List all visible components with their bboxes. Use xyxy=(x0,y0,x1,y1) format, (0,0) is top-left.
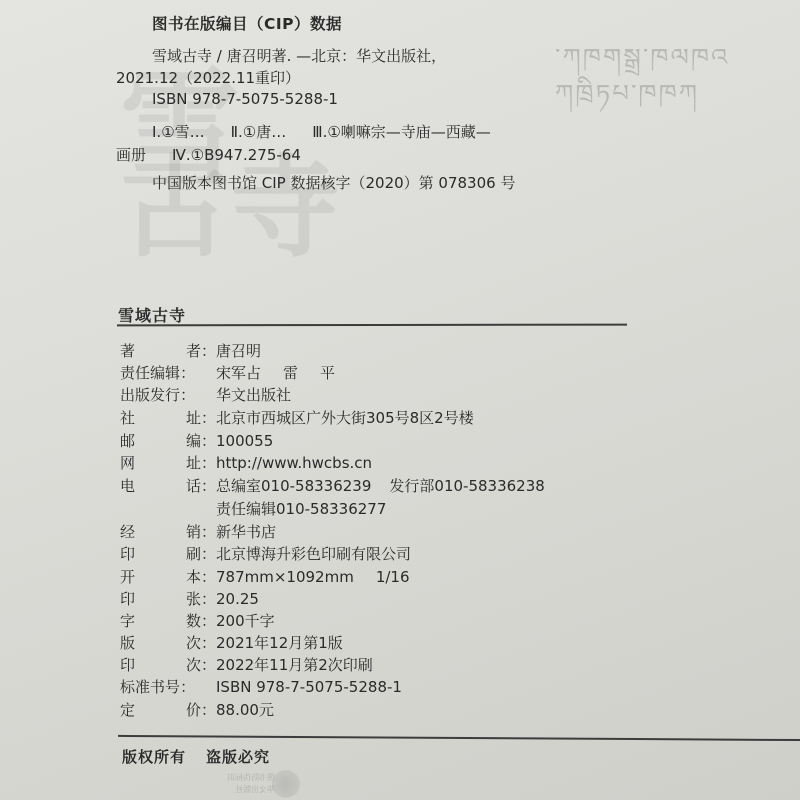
divider xyxy=(118,735,800,741)
book-title: 雪域古寺 xyxy=(118,303,186,326)
copyright-page: 雪 古寺 ་ཀཁགསྒྲ་ཁལཁའ ཀཁྲིཏཔ་ཁཁཀ 图书在版编目（CIP）… xyxy=(0,0,800,800)
detail-value: 宋军占雷平 xyxy=(216,362,335,384)
detail-label: 网址： xyxy=(120,452,216,474)
detail-value: 新华书店 xyxy=(216,521,276,543)
detail-value: 88.00元 xyxy=(216,699,274,721)
detail-label: 版次： xyxy=(120,632,216,654)
detail-label: 责任编辑： xyxy=(120,362,216,384)
detail-label: 字数： xyxy=(120,610,216,632)
detail-value: 北京博海升彩色印刷有限公司 xyxy=(216,543,411,565)
detail-value: 20.25 xyxy=(216,588,259,610)
detail-value: 100055 xyxy=(216,430,273,452)
detail-label: 印次： xyxy=(120,654,216,676)
detail-value: 2022年11月第2次印刷 xyxy=(216,654,373,676)
detail-label: 标准书号： xyxy=(120,676,216,698)
detail-label: 开本： xyxy=(120,566,216,588)
detail-label: 社址： xyxy=(120,407,216,429)
detail-label: 出版发行： xyxy=(120,384,216,406)
detail-value: 总编室010-58336239发行部010-58336238 xyxy=(216,475,545,497)
detail-label: 著者： xyxy=(120,340,216,362)
detail-label: 定价： xyxy=(120,699,216,721)
detail-label: 印张： xyxy=(120,588,216,610)
detail-value: 华文出版社 xyxy=(216,384,291,406)
detail-value: ISBN 978-7-5075-5288-1 xyxy=(216,676,402,698)
copyright-notice: 版权所有盗版必究 xyxy=(122,746,270,767)
detail-label: 经销： xyxy=(120,521,216,543)
detail-value: 787mm×1092mm1/16 xyxy=(216,566,410,588)
cip-isbn: ISBN 978-7-5075-5288-1 xyxy=(152,90,338,108)
detail-label: 邮编： xyxy=(120,430,216,452)
anti-counterfeit-stamp: 图书防伪标识 华文出版社 xyxy=(175,772,275,798)
cip-classification-line1: Ⅰ.①雪…Ⅱ.①唐…Ⅲ.①喇嘛宗—寺庙—西藏— xyxy=(152,121,491,142)
cip-entry-date: 2021.12（2022.11重印） xyxy=(116,67,300,88)
detail-label: 电话： xyxy=(120,475,216,497)
detail-value: 2021年12月第1版 xyxy=(216,632,343,654)
detail-value: 200千字 xyxy=(216,610,275,632)
seal-icon xyxy=(272,770,300,798)
divider xyxy=(117,324,627,327)
detail-value: 北京市西城区广外大街305号8区2号楼 xyxy=(216,407,474,429)
cip-entry-line: 雪域古寺 / 唐召明著. —北京：华文出版社， xyxy=(152,45,446,66)
cip-classification-line2: 画册Ⅳ.①B947.275-64 xyxy=(116,144,301,165)
detail-label: 印刷： xyxy=(120,543,216,565)
cip-heading: 图书在版编目（CIP）数据 xyxy=(152,12,342,34)
detail-value: 责任编辑010-58336277 xyxy=(216,498,386,520)
ghost-tibetan-text: ་ཀཁགསྒྲ་ཁལཁའ ཀཁྲིཏཔ་ཁཁཀ xyxy=(555,40,729,112)
cip-record-number: 中国版本图书馆 CIP 数据核字（2020）第 078306 号 xyxy=(152,172,515,193)
website-link: http://www.hwcbs.cn xyxy=(216,452,372,474)
detail-value: 唐召明 xyxy=(216,340,261,362)
